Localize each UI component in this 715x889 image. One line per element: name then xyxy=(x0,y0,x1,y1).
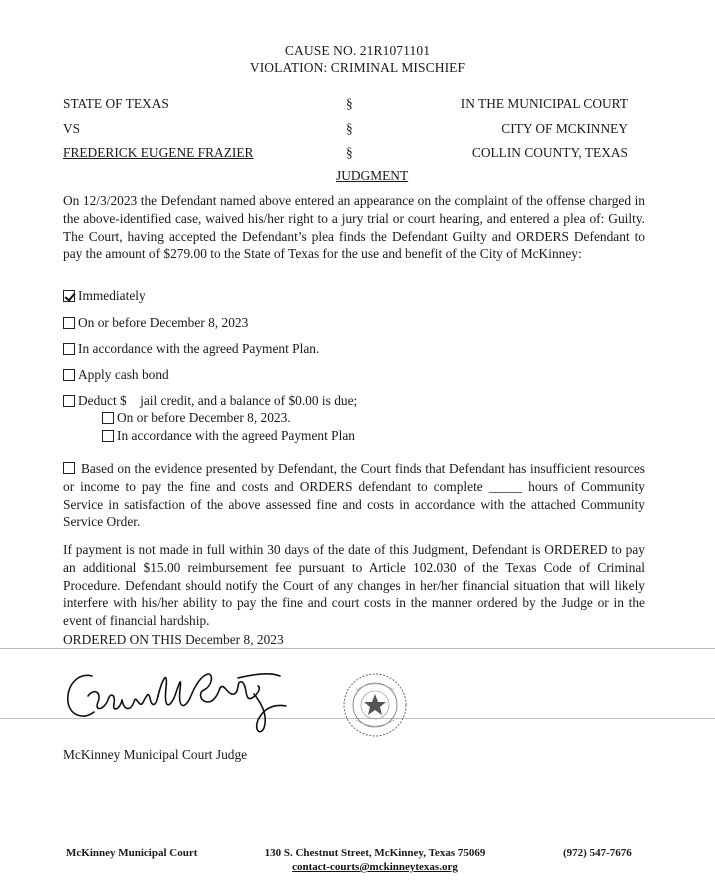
defendant-name: FREDERICK EUGENE FRAZIER xyxy=(63,145,253,161)
section-symbol: § xyxy=(346,96,353,112)
signer-title: McKinney Municipal Court Judge xyxy=(63,747,247,763)
checkbox-icon[interactable] xyxy=(63,343,75,355)
section-symbol: § xyxy=(346,145,353,161)
party-state: STATE OF TEXAS xyxy=(63,96,169,112)
community-service-text: Based on the evidence presented by Defen… xyxy=(63,461,645,529)
option-label: In accordance with the agreed Payment Pl… xyxy=(117,427,355,444)
court-name: IN THE MUNICIPAL COURT xyxy=(461,96,628,112)
payment-notice: If payment is not made in full within 30… xyxy=(63,541,645,630)
option-label: On or before December 8, 2023 xyxy=(78,314,248,331)
violation: VIOLATION: CRIMINAL MISCHIEF xyxy=(0,59,715,76)
option-label: Apply cash bond xyxy=(78,366,169,383)
community-service-paragraph: Based on the evidence presented by Defen… xyxy=(63,460,645,531)
checkbox-icon[interactable] xyxy=(102,430,114,442)
option-label: Deduct $ jail credit, and a balance of $… xyxy=(78,392,357,409)
option-payment-plan[interactable]: In accordance with the agreed Payment Pl… xyxy=(63,340,319,357)
checkbox-icon[interactable] xyxy=(63,317,75,329)
intro-paragraph: On 12/3/2023 the Defendant named above e… xyxy=(63,192,645,263)
footer-address: 130 S. Chestnut Street, McKinney, Texas … xyxy=(255,847,495,859)
judgment-heading: JUDGMENT xyxy=(336,168,408,183)
footer-phone: (972) 547-7676 xyxy=(563,847,632,859)
document-title: JUDGMENT xyxy=(336,168,408,184)
footer-court-name: McKinney Municipal Court xyxy=(66,847,197,859)
checkbox-checked-icon[interactable] xyxy=(63,290,75,302)
divider xyxy=(0,648,715,649)
checkbox-icon[interactable] xyxy=(102,412,114,424)
option-immediately[interactable]: Immediately xyxy=(63,287,146,304)
caption-row: FREDERICK EUGENE FRAZIER § COLLIN COUNTY… xyxy=(63,145,628,163)
suboption-payment-plan[interactable]: In accordance with the agreed Payment Pl… xyxy=(102,427,355,444)
city-name: CITY OF MCKINNEY xyxy=(501,121,628,137)
county-name: COLLIN COUNTY, TEXAS xyxy=(472,145,628,161)
checkbox-icon[interactable] xyxy=(63,369,75,381)
checkbox-icon[interactable] xyxy=(63,395,75,407)
option-on-or-before[interactable]: On or before December 8, 2023 xyxy=(63,314,248,331)
option-label: On or before December 8, 2023. xyxy=(117,409,291,426)
option-jail-credit[interactable]: Deduct $ jail credit, and a balance of $… xyxy=(63,392,357,409)
caption-row: VS § CITY OF MCKINNEY xyxy=(63,121,628,139)
section-symbol: § xyxy=(346,121,353,137)
versus: VS xyxy=(63,121,80,137)
option-label: Immediately xyxy=(78,287,146,304)
ordered-on: ORDERED ON THIS December 8, 2023 xyxy=(63,632,284,648)
suboption-on-or-before[interactable]: On or before December 8, 2023. xyxy=(102,409,291,426)
judge-signature xyxy=(58,658,308,738)
option-label: In accordance with the agreed Payment Pl… xyxy=(78,340,319,357)
option-cash-bond[interactable]: Apply cash bond xyxy=(63,366,169,383)
court-seal-icon xyxy=(340,670,410,740)
footer-email-link[interactable]: contact-courts@mckinneytexas.org xyxy=(292,861,458,873)
cause-number: CAUSE NO. 21R1071101 xyxy=(0,42,715,59)
checkbox-icon[interactable] xyxy=(63,462,75,474)
caption-row: STATE OF TEXAS § IN THE MUNICIPAL COURT xyxy=(63,96,628,114)
